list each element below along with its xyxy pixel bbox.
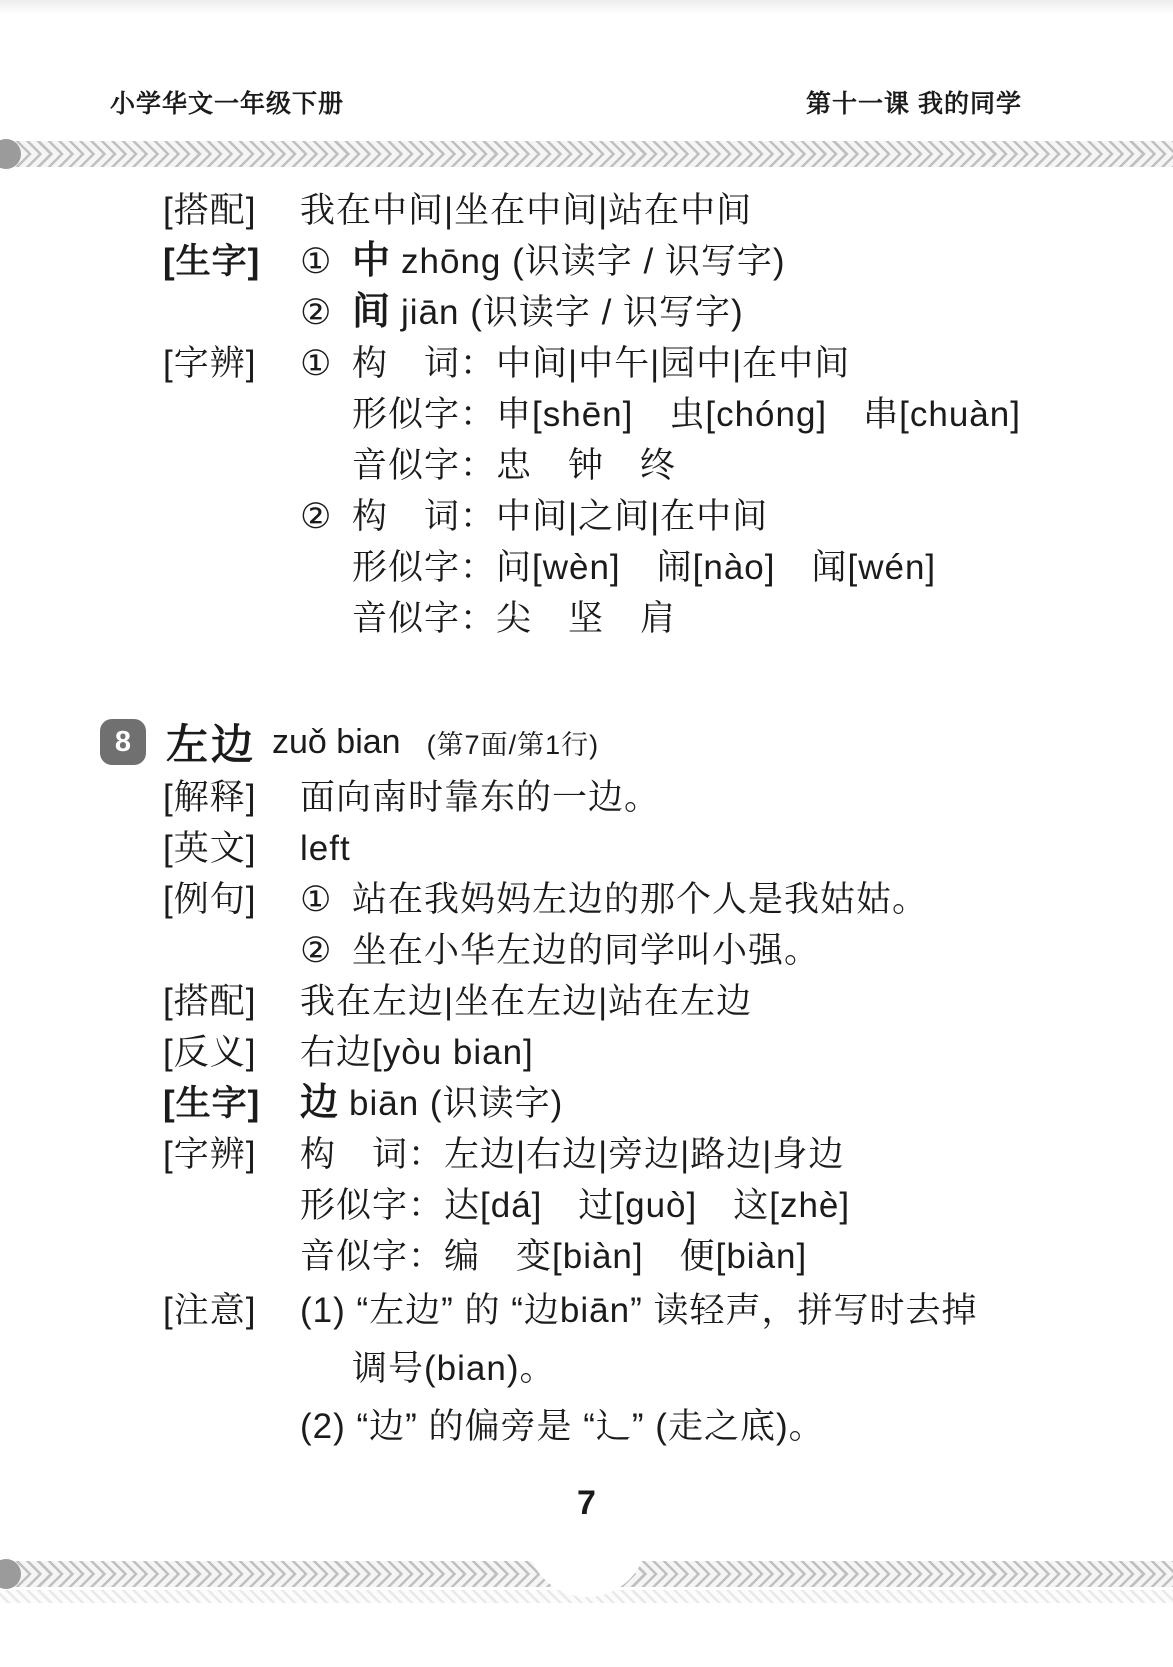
line-text: 音似字：编 变[biàn] 便[biàn] bbox=[300, 1237, 807, 1276]
page-top-shadow bbox=[0, 0, 1173, 14]
line-text: 坐在小华左边的同学叫小强。 bbox=[352, 931, 820, 970]
entry-line: [搭配]我在中间|坐在中间|站在中间 bbox=[0, 185, 1173, 236]
line-text: 调号(bian)。 bbox=[352, 1349, 555, 1388]
entry-label: [搭配] bbox=[163, 976, 300, 1027]
line-text: 构 词：中间|中午|园中|在中间 bbox=[352, 344, 850, 383]
entry-number-badge: 8 bbox=[100, 719, 146, 765]
entry-line: 形似字：问[wèn] 闹[nào] 闻[wén] bbox=[0, 542, 1173, 593]
entry-label: [字辨] bbox=[163, 338, 300, 389]
entry-line: 形似字：申[shēn] 虫[chóng] 串[chuàn] bbox=[0, 389, 1173, 440]
entry-label: [注意] bbox=[163, 1282, 300, 1340]
item-number: ② bbox=[300, 287, 352, 338]
entry-line: 调号(bian)。 bbox=[0, 1340, 1173, 1398]
item-number: ① bbox=[300, 338, 352, 389]
line-text: 音似字：忠 钟 终 bbox=[352, 446, 676, 485]
line-text: 我在左边|坐在左边|站在左边 bbox=[300, 982, 752, 1021]
line-text: 我在中间|坐在中间|站在中间 bbox=[300, 191, 752, 230]
item-number: ① bbox=[300, 874, 352, 925]
entry-label: [生字] bbox=[163, 236, 300, 287]
line-text: biān (识读字) bbox=[349, 1084, 563, 1123]
entry-line: 音似字：尖 坚 肩 bbox=[0, 593, 1173, 644]
entry-7-continuation: [搭配]我在中间|坐在中间|站在中间[生字]①中zhōng (识读字 / 识写字… bbox=[0, 185, 1173, 644]
line-text: 构 词：中间|之间|在中间 bbox=[352, 497, 768, 536]
entry-line: [字辨]①构 词：中间|中午|园中|在中间 bbox=[0, 338, 1173, 389]
entry-line: [搭配]我在左边|坐在左边|站在左边 bbox=[0, 976, 1173, 1027]
entry-label: [英文] bbox=[163, 823, 300, 874]
line-text: 面向南时靠东的一边。 bbox=[300, 778, 660, 817]
item-number: ① bbox=[300, 236, 352, 287]
line-text: 形似字：达[dá] 过[guò] 这[zhè] bbox=[300, 1186, 850, 1225]
entry-label: [反义] bbox=[163, 1027, 300, 1078]
line-text: 音似字：尖 坚 肩 bbox=[352, 599, 676, 638]
entry-8-body: [解释]面向南时靠东的一边。[英文]left[例句]①站在我妈妈左边的那个人是我… bbox=[0, 772, 1173, 1456]
entry-label: [生字] bbox=[163, 1078, 300, 1129]
entry-line: [注意](1) “左边” 的 “边biān” 读轻声，拼写时去掉 bbox=[0, 1282, 1173, 1340]
entry-line: ②间jiān (识读字 / 识写字) bbox=[0, 287, 1173, 338]
headword-character: 间 bbox=[352, 291, 391, 333]
entry-line: [字辨]构 词：左边|右边|旁边|路边|身边 bbox=[0, 1129, 1173, 1180]
item-number: ② bbox=[300, 491, 352, 542]
line-text: 站在我妈妈左边的那个人是我姑姑。 bbox=[352, 880, 928, 919]
page-number: 7 bbox=[0, 1484, 1173, 1523]
entry-label: [例句] bbox=[163, 874, 300, 925]
entry-8-header: 8 左边 zuǒ bian (第7面/第1行) bbox=[0, 710, 1173, 774]
line-text: left bbox=[300, 829, 351, 868]
entry-line: [解释]面向南时靠东的一边。 bbox=[0, 772, 1173, 823]
entry-line: 音似字：忠 钟 终 bbox=[0, 440, 1173, 491]
line-text: 形似字：问[wèn] 闹[nào] 闻[wén] bbox=[352, 548, 936, 587]
headword-character: 边 bbox=[300, 1082, 339, 1124]
decorative-chevron-band-top bbox=[0, 141, 1173, 167]
running-header-lesson-title: 第十一课 我的同学 bbox=[806, 84, 1022, 120]
entry-line: [例句]①站在我妈妈左边的那个人是我姑姑。 bbox=[0, 874, 1173, 925]
entry-line: [生字]边biān (识读字) bbox=[0, 1078, 1173, 1129]
entry-line: ②构 词：中间|之间|在中间 bbox=[0, 491, 1173, 542]
entry-line: 形似字：达[dá] 过[guò] 这[zhè] bbox=[0, 1180, 1173, 1231]
line-text: 形似字：申[shēn] 虫[chóng] 串[chuàn] bbox=[352, 395, 1021, 434]
line-text: jiān (识读字 / 识写字) bbox=[401, 293, 744, 332]
entry-pinyin: zuǒ bian bbox=[272, 723, 401, 762]
entry-line: 音似字：编 变[biàn] 便[biàn] bbox=[0, 1231, 1173, 1282]
line-text: zhōng (识读字 / 识写字) bbox=[401, 242, 786, 281]
entry-page-line-reference: (第7面/第1行) bbox=[427, 723, 600, 762]
entry-line: (2) “边” 的偏旁是 “辶” (走之底)。 bbox=[0, 1398, 1173, 1456]
item-number: ② bbox=[300, 925, 352, 976]
entry-label: [搭配] bbox=[163, 185, 300, 236]
textbook-page: 小学华文一年级下册 第十一课 我的同学 [搭配]我在中间|坐在中间|站在中间[生… bbox=[0, 0, 1173, 1667]
line-text: 构 词：左边|右边|旁边|路边|身边 bbox=[300, 1135, 844, 1174]
chevron-band-lower-stripes bbox=[0, 154, 1173, 167]
entry-line: [英文]left bbox=[0, 823, 1173, 874]
entry-line: [生字]①中zhōng (识读字 / 识写字) bbox=[0, 236, 1173, 287]
entry-label: [字辨] bbox=[163, 1129, 300, 1180]
entry-headword: 左边 bbox=[166, 712, 256, 772]
entry-line: [反义]右边[yòu bian] bbox=[0, 1027, 1173, 1078]
headword-character: 中 bbox=[352, 240, 391, 282]
running-header-book-title: 小学华文一年级下册 bbox=[110, 84, 344, 120]
line-text: (2) “边” 的偏旁是 “辶” (走之底)。 bbox=[300, 1407, 825, 1446]
line-text: (1) “左边” 的 “边biān” 读轻声，拼写时去掉 bbox=[300, 1291, 977, 1330]
line-text: 右边[yòu bian] bbox=[300, 1033, 534, 1072]
entry-label: [解释] bbox=[163, 772, 300, 823]
chevron-band-upper-stripes bbox=[0, 141, 1173, 154]
entry-line: ②坐在小华左边的同学叫小强。 bbox=[0, 925, 1173, 976]
